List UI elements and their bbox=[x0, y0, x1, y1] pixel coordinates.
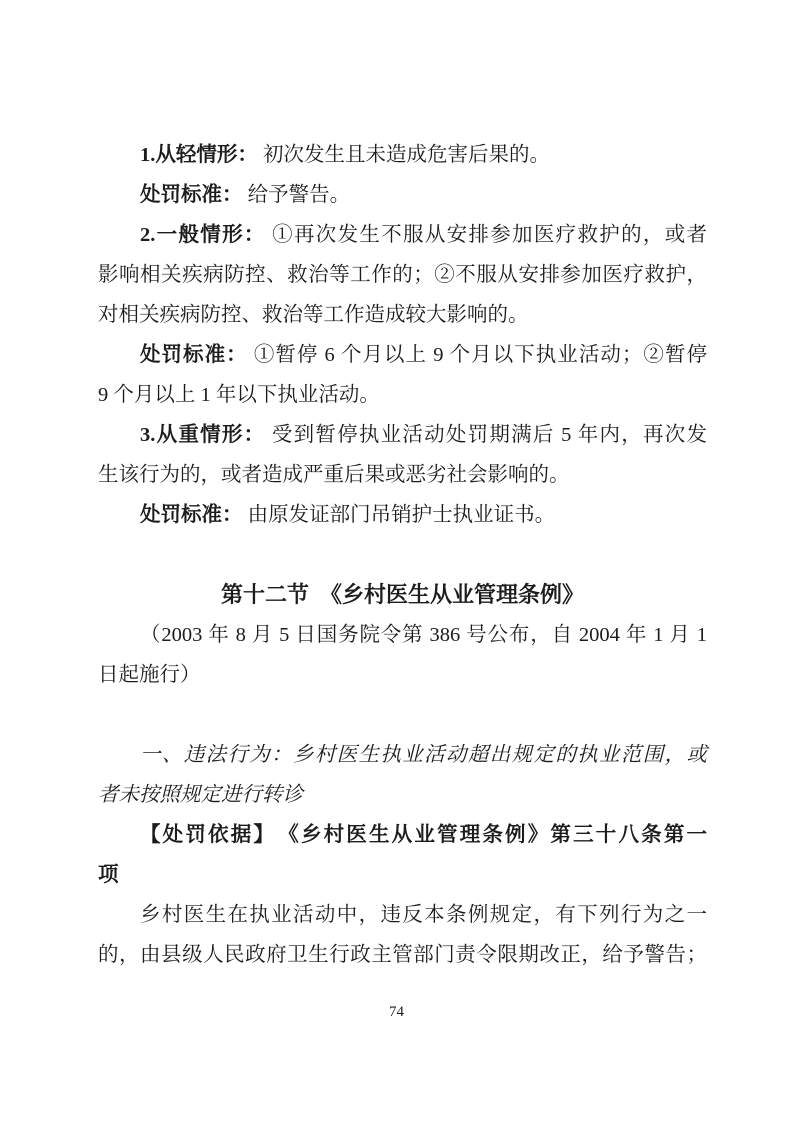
text-run: 2.一般情形： bbox=[140, 224, 266, 246]
penalty-standard-2: 处罚标准： ①暂停 6 个月以上 9 个月以下执业活动；②暂停 bbox=[98, 335, 707, 375]
text-run: 项 bbox=[98, 863, 119, 886]
text-run: 处罚标准： bbox=[140, 504, 243, 526]
text-run: 初次发生且未造成危害后果的。 bbox=[258, 144, 550, 166]
section-heading: 第十二节 《乡村医生从业管理条例》 bbox=[98, 575, 707, 615]
text-run: ①再次发生不服从安排参加医疗救护的，或者 bbox=[266, 224, 707, 246]
text-run: 者未按照规定进行转诊 bbox=[98, 784, 303, 806]
text-run: 受到暂停执业活动处罚期满后 5 年内，再次发 bbox=[265, 424, 707, 446]
clause-2-general-cont2: 对相关疾病防控、救治等工作造成较大影响的。 bbox=[98, 295, 707, 335]
clause-2-general-cont: 影响相关疾病防控、救治等工作的；②不服从安排参加医疗救护， bbox=[98, 255, 707, 295]
text-run: ①暂停 6 个月以上 9 个月以下执业活动；②暂停 bbox=[248, 344, 707, 366]
text-run: 【处罚依据】 《乡村医生从业管理条例》第三十八条第一 bbox=[140, 823, 707, 846]
promulgation-note: （2003 年 8 月 5 日国务院令第 386 号公布，自 2004 年 1 … bbox=[98, 615, 707, 655]
text-run: 的，由县级人民政府卫生行政主管部门责令限期改正，给予警告； bbox=[98, 944, 707, 966]
penalty-basis-heading: 【处罚依据】 《乡村医生从业管理条例》第三十八条第一 bbox=[98, 815, 707, 855]
blank-line bbox=[98, 695, 707, 735]
text-run: 一、违法行为：乡村医生执业活动超出规定的执业范围，或 bbox=[140, 744, 707, 766]
penalty-standard-2-cont: 9 个月以上 1 年以下执业活动。 bbox=[98, 375, 707, 415]
clause-3-aggravating-cont: 生该行为的，或者造成严重后果或恶劣社会影响的。 bbox=[98, 455, 707, 495]
text-run: 由原发证部门吊销护士执业证书。 bbox=[243, 504, 556, 526]
promulgation-note-cont: 日起施行） bbox=[98, 655, 707, 695]
text-run: 给予警告。 bbox=[243, 184, 351, 206]
clause-2-general: 2.一般情形： ①再次发生不服从安排参加医疗救护的，或者 bbox=[98, 215, 707, 255]
document-page: 1.从轻情形： 初次发生且未造成危害后果的。处罚标准： 给予警告。2.一般情形：… bbox=[0, 0, 793, 1122]
violation-item: 一、违法行为：乡村医生执业活动超出规定的执业范围，或 bbox=[98, 735, 707, 775]
text-run: （2003 年 8 月 5 日国务院令第 386 号公布，自 2004 年 1 … bbox=[140, 624, 707, 646]
clause-3-aggravating: 3.从重情形： 受到暂停执业活动处罚期满后 5 年内，再次发 bbox=[98, 415, 707, 455]
blank-line bbox=[98, 535, 707, 575]
penalty-standard-3: 处罚标准： 由原发证部门吊销护士执业证书。 bbox=[98, 495, 707, 535]
violation-item-cont: 者未按照规定进行转诊 bbox=[98, 775, 707, 815]
text-run: 处罚标准： bbox=[140, 184, 243, 206]
text-run: 对相关疾病防控、救治等工作造成较大影响的。 bbox=[98, 304, 529, 326]
page-number: 74 bbox=[0, 1000, 793, 1024]
regulation-text-cont: 的，由县级人民政府卫生行政主管部门责令限期改正，给予警告； bbox=[98, 935, 707, 975]
penalty-basis-heading-cont: 项 bbox=[98, 855, 707, 895]
text-run: 生该行为的，或者造成严重后果或恶劣社会影响的。 bbox=[98, 464, 570, 486]
regulation-text: 乡村医生在执业活动中，违反本条例规定，有下列行为之一 bbox=[98, 895, 707, 935]
document-body: 1.从轻情形： 初次发生且未造成危害后果的。处罚标准： 给予警告。2.一般情形：… bbox=[98, 135, 707, 975]
text-run: 第十二节 《乡村医生从业管理条例》 bbox=[221, 582, 584, 607]
text-run: 处罚标准： bbox=[140, 344, 248, 366]
text-run: 乡村医生在执业活动中，违反本条例规定，有下列行为之一 bbox=[140, 904, 707, 926]
text-run: 影响相关疾病防控、救治等工作的；②不服从安排参加医疗救护， bbox=[98, 264, 707, 286]
text-run: 3.从重情形： bbox=[140, 424, 265, 446]
text-run: 9 个月以上 1 年以下执业活动。 bbox=[98, 384, 380, 406]
text-run: 日起施行） bbox=[98, 664, 201, 686]
clause-1-mitigating: 1.从轻情形： 初次发生且未造成危害后果的。 bbox=[98, 135, 707, 175]
penalty-standard-1: 处罚标准： 给予警告。 bbox=[98, 175, 707, 215]
text-run: 1.从轻情形： bbox=[140, 144, 258, 166]
